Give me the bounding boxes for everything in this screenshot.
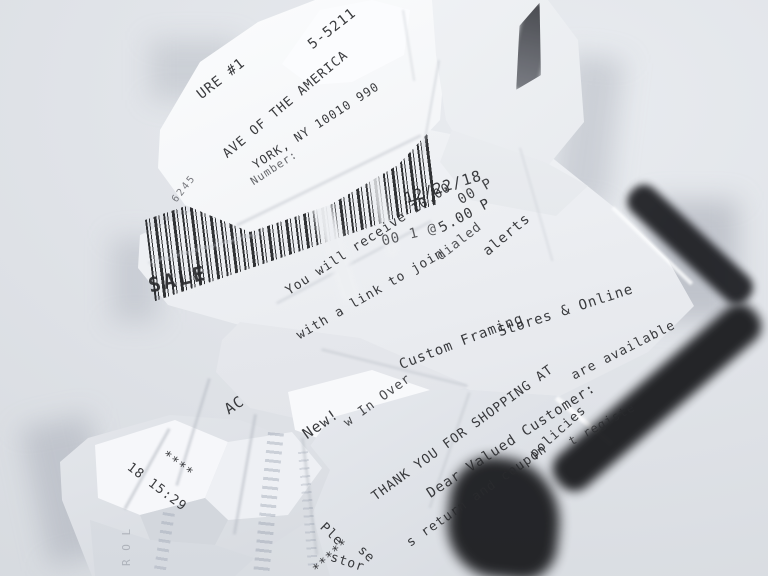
photo-crumpled-receipt: 5-5211 URE #1 AVE OF THE AMERICA YORK, N… (0, 0, 768, 576)
receipt-text-backprint: R O L (120, 528, 133, 566)
